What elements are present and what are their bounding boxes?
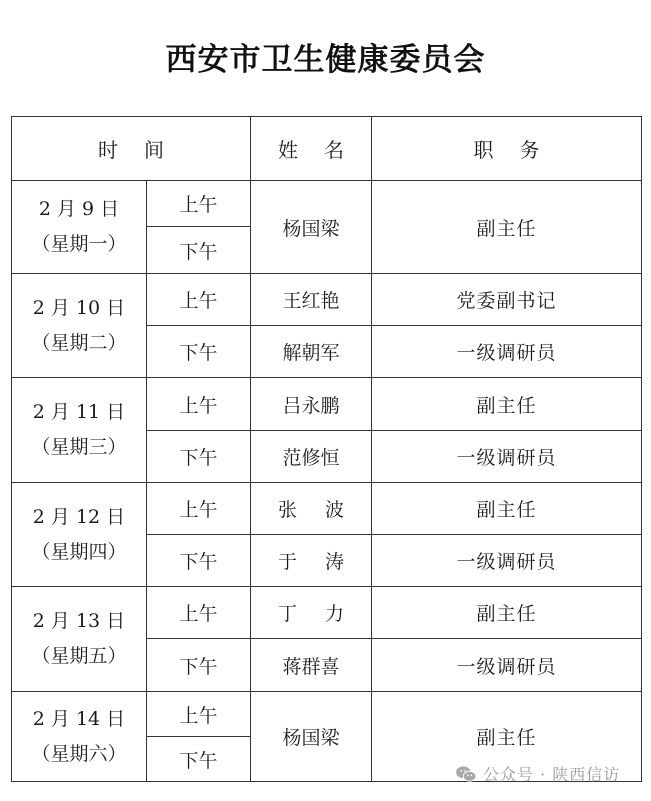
position-cell: 一级调研员 xyxy=(372,326,642,378)
table-row: 2 月 14 日 （星期六） 上午 杨国梁 副主任 xyxy=(12,692,642,737)
name-cell: 丁力 xyxy=(251,587,372,639)
am-label: 上午 xyxy=(147,587,251,639)
header-position: 职务 xyxy=(372,117,642,181)
pm-label: 下午 xyxy=(147,639,251,692)
table-header-row: 时间 姓名 职务 xyxy=(12,117,642,181)
position-cell: 副主任 xyxy=(372,378,642,431)
name-char-1: 于 xyxy=(278,551,297,573)
name-cell: 于涛 xyxy=(251,535,372,587)
date-text: 2 月 9 日 xyxy=(12,192,146,227)
name-cell: 解朝军 xyxy=(251,326,372,378)
date-cell: 2 月 10 日 （星期二） xyxy=(12,274,147,378)
name-char-1: 张 xyxy=(278,499,297,521)
name-cell: 范修恒 xyxy=(251,431,372,483)
name-char-2: 波 xyxy=(325,499,344,521)
watermark-text: 公众号 · 陕西信访 xyxy=(483,762,620,785)
position-cell: 副主任 xyxy=(372,587,642,639)
name-cell: 吕永鹏 xyxy=(251,378,372,431)
am-label: 上午 xyxy=(147,692,251,737)
name-cell: 杨国梁 xyxy=(251,181,372,274)
table-row: 2 月 11 日 （星期三） 上午 吕永鹏 副主任 xyxy=(12,378,642,431)
date-text: 2 月 12 日 xyxy=(12,500,146,535)
header-position-char-1: 职 xyxy=(474,138,494,162)
position-cell: 一级调研员 xyxy=(372,639,642,692)
name-char-2: 力 xyxy=(325,603,344,625)
position-cell: 副主任 xyxy=(372,181,642,274)
header-name-char-2: 名 xyxy=(324,138,344,162)
table-row: 2 月 13 日 （星期五） 上午 丁力 副主任 xyxy=(12,587,642,639)
date-cell: 2 月 9 日 （星期一） xyxy=(12,181,147,274)
am-label: 上午 xyxy=(147,274,251,326)
date-text: 2 月 13 日 xyxy=(12,604,146,639)
position-cell: 副主任 xyxy=(372,483,642,535)
weekday-text: （星期五） xyxy=(12,639,146,674)
date-cell: 2 月 12 日 （星期四） xyxy=(12,483,147,587)
page-title: 西安市卫生健康委员会 xyxy=(0,36,651,84)
duty-schedule-table: 时间 姓名 职务 2 月 9 日 （星期一） 上午 杨国梁 副主任 下午 2 月… xyxy=(11,116,642,782)
table-row: 2 月 12 日 （星期四） 上午 张波 副主任 xyxy=(12,483,642,535)
position-cell: 一级调研员 xyxy=(372,431,642,483)
name-cell: 杨国梁 xyxy=(251,692,372,782)
name-cell: 张波 xyxy=(251,483,372,535)
name-cell: 蒋群喜 xyxy=(251,639,372,692)
pm-label: 下午 xyxy=(147,326,251,378)
date-text: 2 月 14 日 xyxy=(12,702,146,737)
header-name-char-1: 姓 xyxy=(278,138,298,162)
weekday-text: （星期四） xyxy=(12,535,146,570)
pm-label: 下午 xyxy=(147,535,251,587)
name-char-1: 丁 xyxy=(278,603,297,625)
header-name: 姓名 xyxy=(251,117,372,181)
date-cell: 2 月 14 日 （星期六） xyxy=(12,692,147,782)
position-cell: 党委副书记 xyxy=(372,274,642,326)
header-time-char-2: 间 xyxy=(144,138,164,162)
date-text: 2 月 11 日 xyxy=(12,395,146,430)
name-char-2: 涛 xyxy=(325,551,344,573)
weekday-text: （星期一） xyxy=(12,227,146,262)
date-cell: 2 月 13 日 （星期五） xyxy=(12,587,147,692)
header-time-char-1: 时 xyxy=(98,138,118,162)
date-text: 2 月 10 日 xyxy=(12,291,146,326)
name-cell: 王红艳 xyxy=(251,274,372,326)
date-cell: 2 月 11 日 （星期三） xyxy=(12,378,147,483)
table-row: 2 月 9 日 （星期一） 上午 杨国梁 副主任 xyxy=(12,181,642,227)
header-time: 时间 xyxy=(12,117,251,181)
am-label: 上午 xyxy=(147,483,251,535)
position-cell: 一级调研员 xyxy=(372,535,642,587)
weekday-text: （星期二） xyxy=(12,326,146,361)
am-label: 上午 xyxy=(147,181,251,227)
pm-label: 下午 xyxy=(147,431,251,483)
weekday-text: （星期六） xyxy=(12,737,146,772)
pm-label: 下午 xyxy=(147,227,251,274)
header-position-char-2: 务 xyxy=(520,138,540,162)
am-label: 上午 xyxy=(147,378,251,431)
pm-label: 下午 xyxy=(147,737,251,782)
table-row: 2 月 10 日 （星期二） 上午 王红艳 党委副书记 xyxy=(12,274,642,326)
wechat-icon xyxy=(455,765,477,783)
watermark: 公众号 · 陕西信访 xyxy=(455,762,620,785)
weekday-text: （星期三） xyxy=(12,430,146,465)
